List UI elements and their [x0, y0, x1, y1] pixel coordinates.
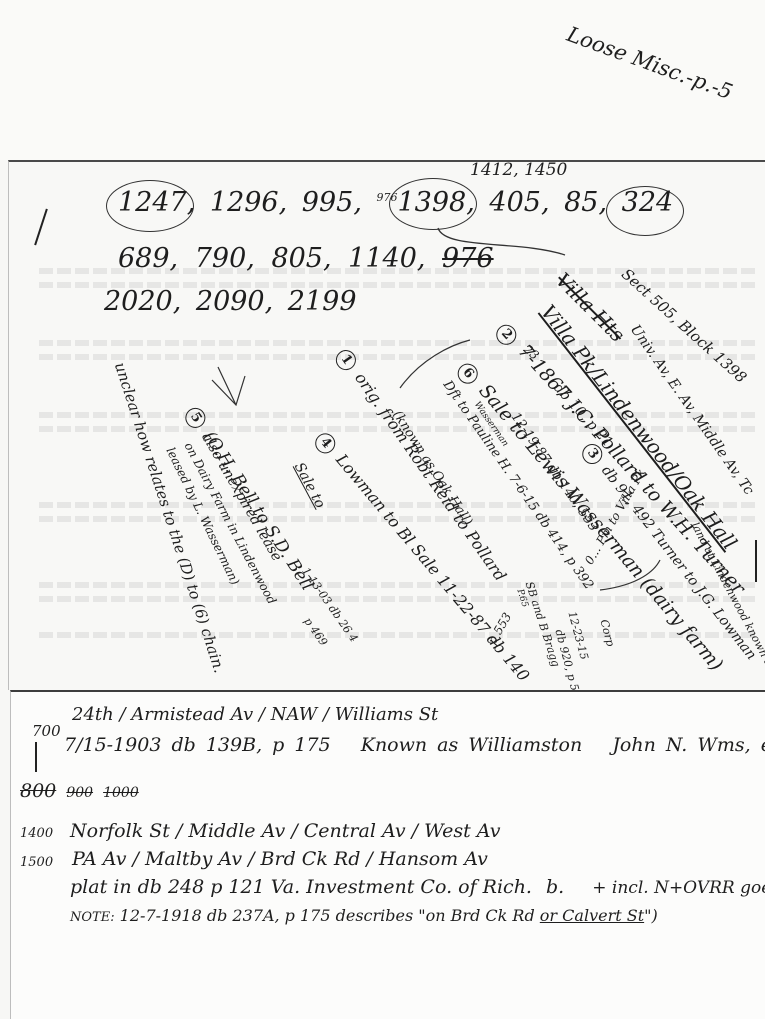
- plat-note: + incl. N+OVRR goes thru: [592, 878, 765, 898]
- deed-ref: 7/15-1903 db 139B, p 175: [64, 734, 331, 756]
- owner: John N. Wms, et al: [612, 734, 765, 756]
- line6-text: NOTE: 12-7-1918 db 237A, p 175 describes…: [70, 906, 658, 925]
- struck-number: 800: [20, 780, 56, 802]
- line3-text: Norfolk St / Middle Av / Central Av / We…: [70, 820, 500, 842]
- plat-ref: plat in db 248 p 121 Va. Investment Co. …: [70, 876, 532, 898]
- line1-number: 700: [32, 722, 61, 740]
- note-end: "): [644, 906, 658, 925]
- note-underlined: or Calvert St: [540, 906, 644, 925]
- line2-text: 7/15-1903 db 139B, p 175 Known as Willia…: [64, 734, 765, 756]
- line4-number: 1500: [20, 855, 53, 870]
- struck-number: 1000: [103, 785, 139, 801]
- note-text: 12-7-1918 db 237A, p 175 describes "on B…: [120, 906, 535, 925]
- line5-text: plat in db 248 p 121 Va. Investment Co. …: [70, 876, 765, 898]
- struck-numbers: 800 900 1000: [20, 780, 139, 802]
- note-label: NOTE:: [70, 910, 115, 925]
- plat-mark: b.: [546, 876, 564, 898]
- line3-number: 1400: [20, 826, 53, 841]
- line1-text: 24th / Armistead Av / NAW / Williams St: [72, 704, 438, 725]
- line4-text: PA Av / Maltby Av / Brd Ck Rd / Hansom A…: [72, 848, 488, 870]
- line1-marker: [35, 742, 37, 772]
- struck-number: 900: [66, 785, 93, 801]
- known-as: Known as Williamston: [361, 734, 582, 756]
